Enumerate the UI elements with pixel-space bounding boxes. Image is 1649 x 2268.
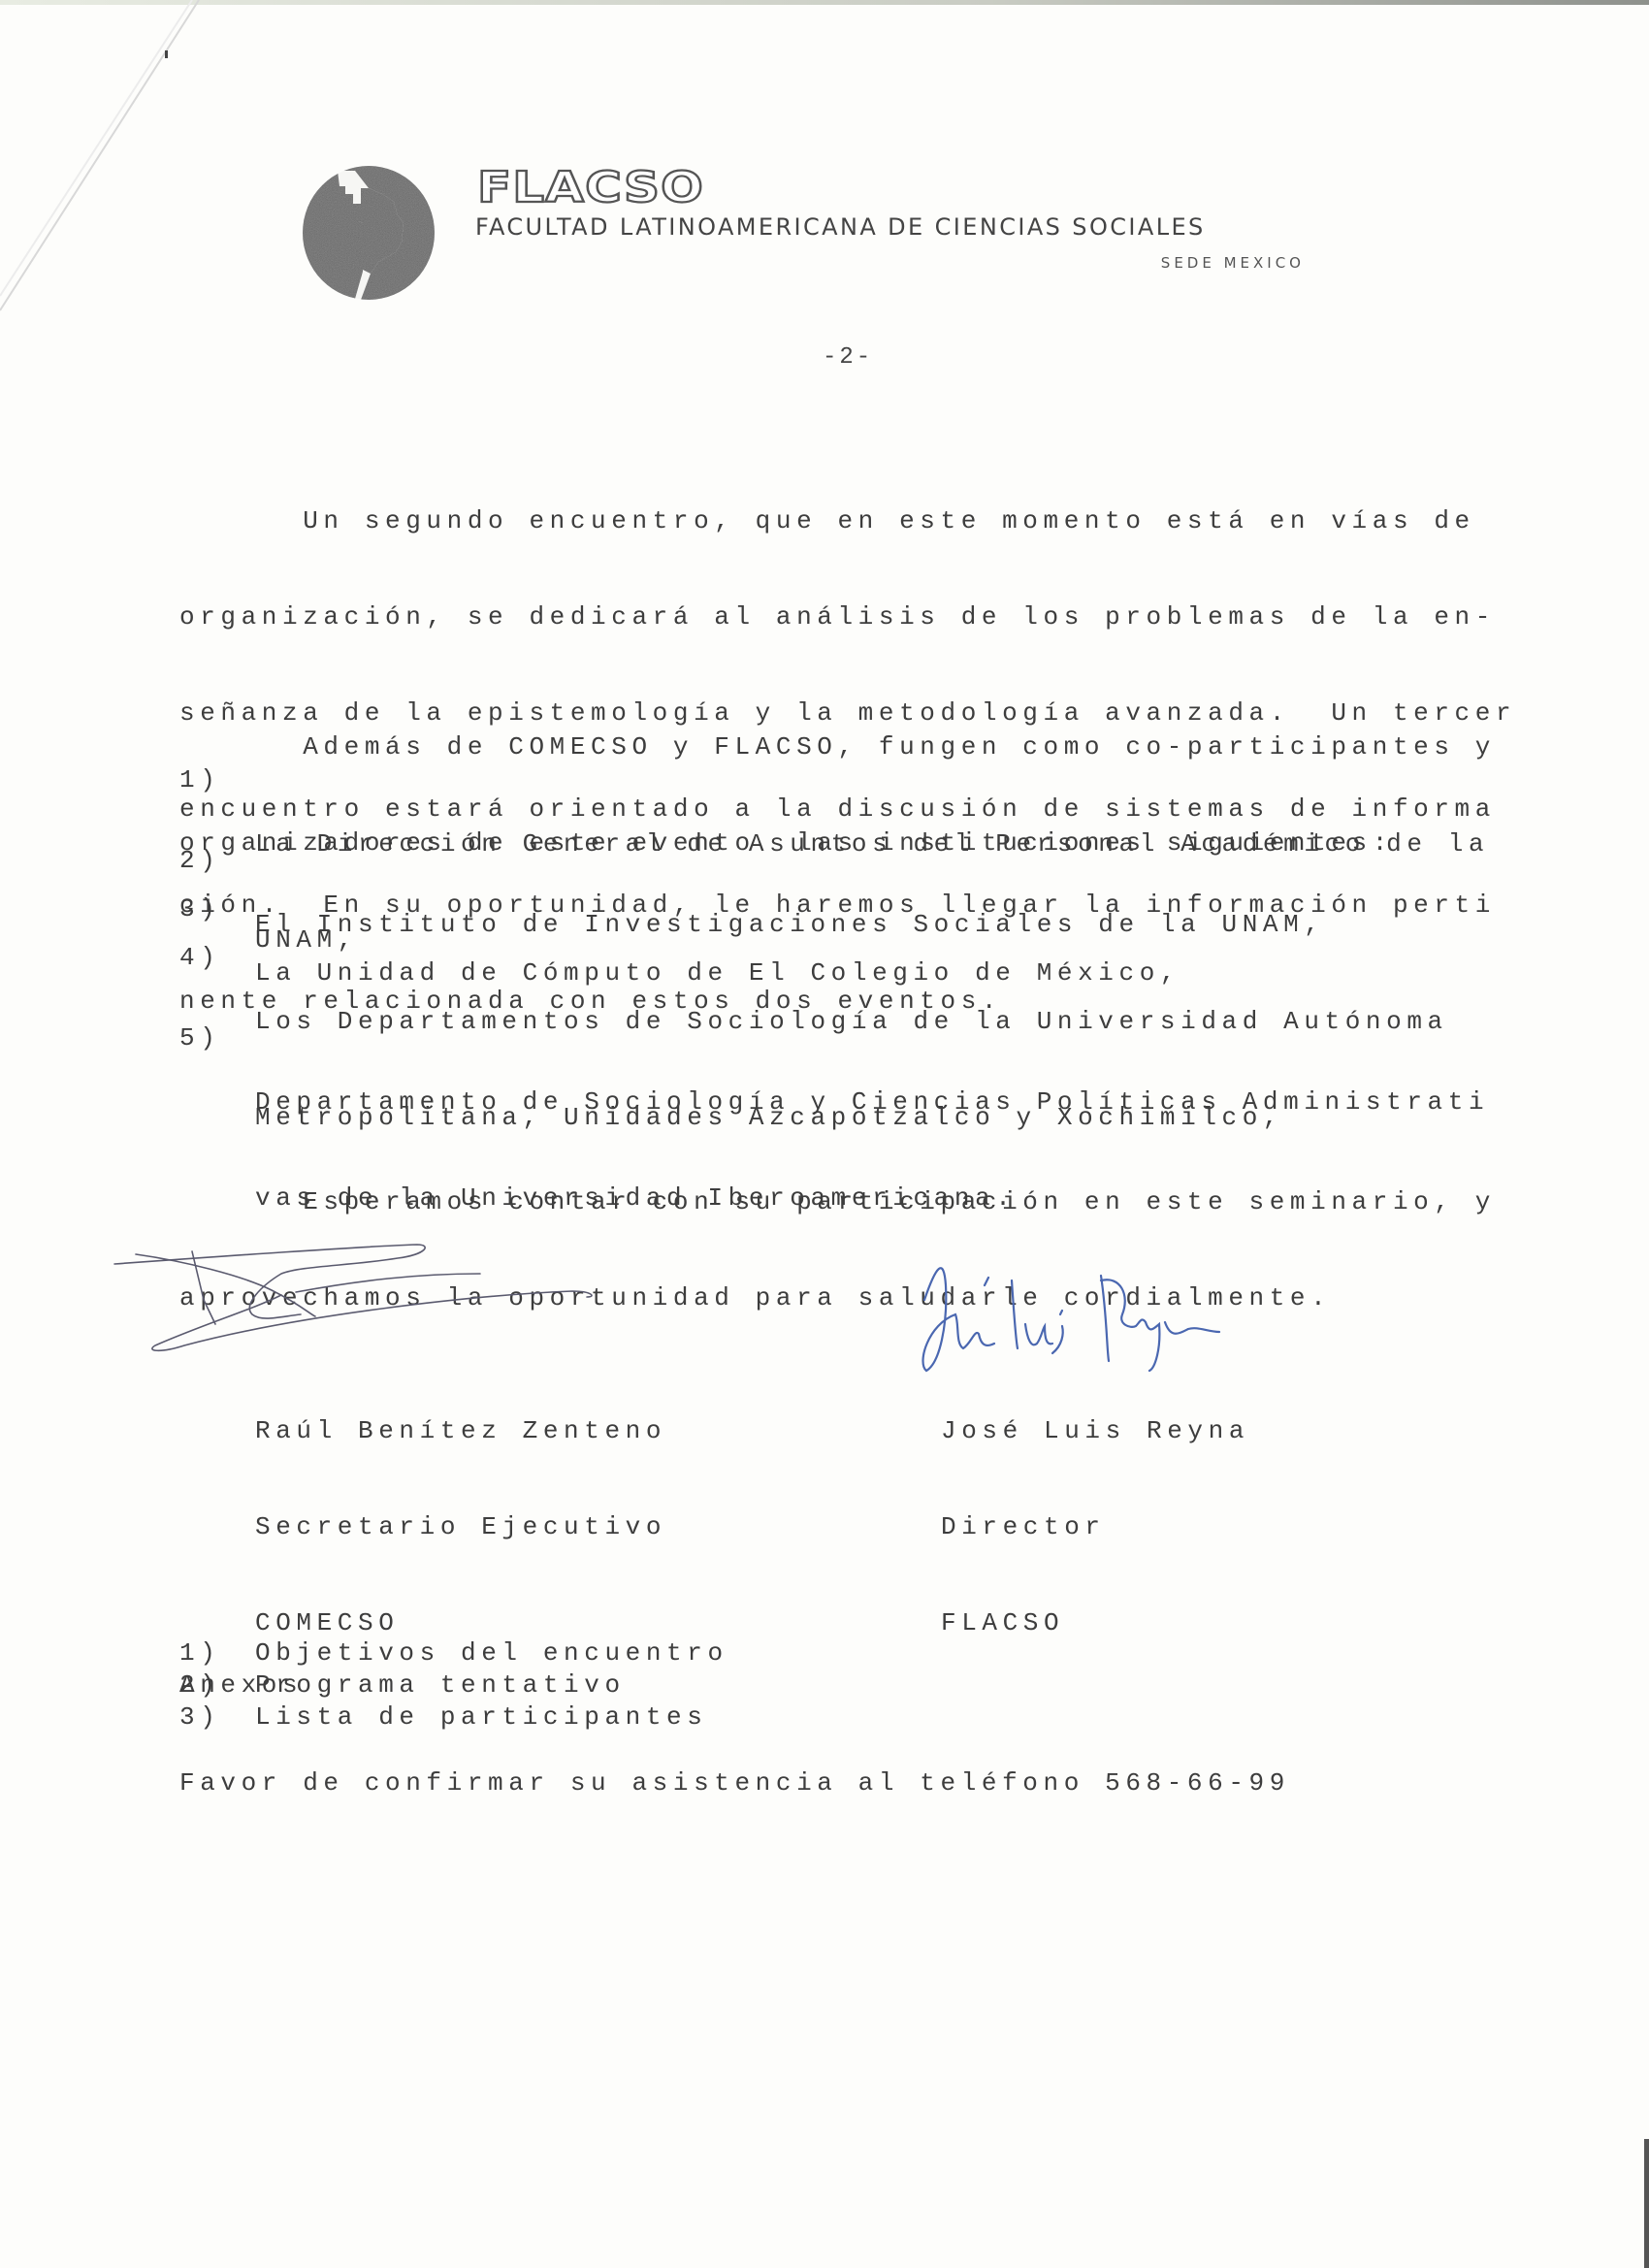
paper-fold-line (0, 0, 213, 320)
latin-america-globe-icon (301, 165, 436, 301)
item-text: Objetivos del encuentro (255, 1637, 728, 1669)
signatory-right: José Luis Reyna Director FLACSO (941, 1351, 1249, 1671)
signatory-title: Secretario Ejecutivo (255, 1511, 666, 1543)
text-line: organización, se dedicará al análisis de… (179, 601, 1516, 633)
institution-name: FACULTAD LATINOAMERICANA DE CIENCIAS SOC… (475, 213, 1206, 241)
item-number: 5) (179, 1022, 220, 1054)
scan-edge-top (0, 0, 1649, 5)
institution-item: 5) Departamento de Sociología y Ciencias… (179, 1022, 220, 1118)
svg-text:FLACSO: FLACSO (477, 165, 704, 208)
signatory-org: FLACSO (941, 1607, 1249, 1639)
signatory-name: José Luis Reyna (941, 1415, 1249, 1447)
page-number: -2- (823, 344, 873, 371)
signatory-org: COMECSO (255, 1607, 666, 1639)
item-number: 4) (179, 942, 220, 974)
signatory-left: Raúl Benítez Zenteno Secretario Ejecutiv… (255, 1351, 666, 1671)
item-number: 3) (179, 1701, 220, 1733)
item-number: 3) (179, 893, 220, 925)
flacso-wordmark: FLACSO (475, 165, 708, 208)
item-number: 2) (179, 845, 220, 877)
item-text: Departamento de Sociología y Ciencias Po… (255, 1086, 1489, 1118)
signature-benitez (107, 1237, 708, 1358)
item-number: 1) (179, 1637, 220, 1669)
signatory-name: Raúl Benítez Zenteno (255, 1415, 666, 1447)
scan-edge-right (1644, 2139, 1649, 2268)
item-number: 1) (179, 764, 220, 796)
signatory-title: Director (941, 1511, 1249, 1543)
item-text: Lista de participantes (255, 1701, 707, 1733)
item-number: 2) (179, 1669, 220, 1701)
confirmation-note: Favor de confirmar su asistencia al telé… (179, 1767, 1290, 1799)
text-line: Además de COMECSO y FLACSO, fungen como … (179, 731, 1496, 763)
item-text: Programa tentativo (255, 1669, 626, 1701)
text-line: Esperamos contar con su participación en… (179, 1186, 1496, 1218)
text-line: Un segundo encuentro, que en este moment… (179, 505, 1516, 537)
branch-name: SEDE MEXICO (1161, 254, 1305, 272)
